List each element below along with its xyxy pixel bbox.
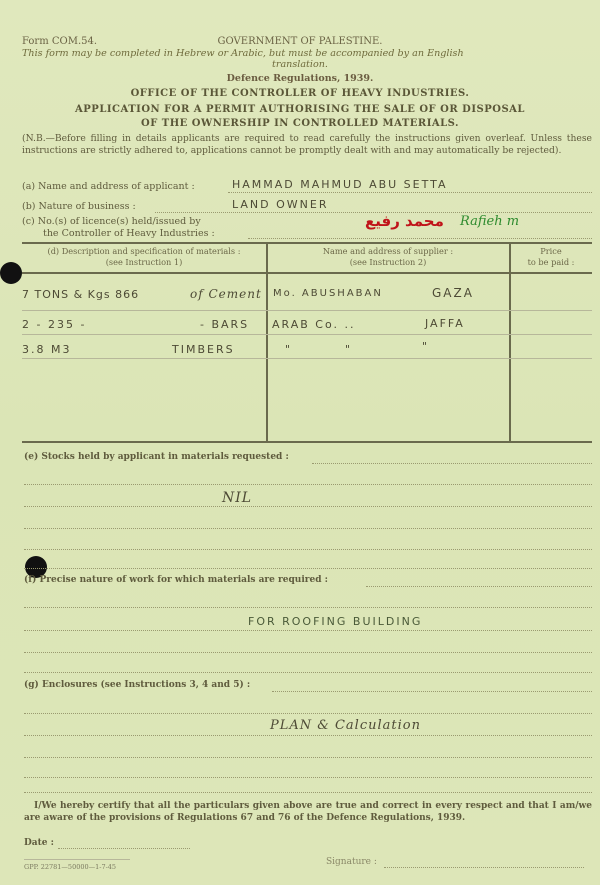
header-price-line2: to be paid :: [510, 257, 592, 268]
enclosures-line: [24, 757, 592, 758]
watermark-latin: Rafieh m: [460, 214, 519, 229]
watermark-arabic: محمد رفيع: [365, 212, 444, 230]
header-price: Price to be paid :: [510, 246, 592, 268]
header-description: (d) Description and specification of mat…: [22, 246, 266, 268]
work-line: [24, 672, 592, 673]
enclosures-line: [272, 691, 592, 692]
nature-of-work-value[interactable]: FOR ROOFING BUILDING: [248, 615, 422, 628]
header-price-line1: Price: [510, 246, 592, 257]
row1-supplier-city[interactable]: GAZA: [432, 286, 474, 300]
work-line: [24, 630, 592, 631]
row3-supplier-ditto-3[interactable]: ": [422, 340, 429, 353]
table-header-rule: [22, 272, 592, 274]
stocks-line: [24, 568, 592, 569]
language-note-line2: translation.: [0, 59, 600, 70]
row1-description-item[interactable]: of Cement: [190, 287, 262, 301]
row3-supplier-ditto-2[interactable]: ": [345, 343, 352, 356]
stocks-line: [24, 528, 592, 529]
row2-supplier-name[interactable]: ARAB Co. ..: [272, 318, 356, 331]
stocks-line: [24, 549, 592, 550]
licence-label-line2: the Controller of Heavy Industries :: [43, 228, 215, 239]
regulations-heading: Defence Regulations, 1939.: [0, 73, 600, 84]
header-description-line2: (see Instruction 1): [22, 257, 266, 268]
signature-label: Signature :: [326, 857, 377, 867]
row2-description-qty[interactable]: 2 - 235 -: [22, 318, 86, 331]
date-field[interactable]: [58, 848, 190, 849]
table-top-rule: [22, 242, 592, 244]
signature-field[interactable]: [384, 867, 584, 868]
row3-description-qty[interactable]: 3.8 M3: [22, 343, 71, 356]
header-supplier: Name and address of supplier : (see Inst…: [267, 246, 509, 268]
row2-supplier-city[interactable]: JAFFA: [425, 317, 465, 330]
stocks-line: [312, 463, 592, 464]
table-ruled-line: [22, 310, 592, 311]
enclosures-line: [24, 735, 592, 736]
row3-description-item[interactable]: TIMBERS: [172, 343, 235, 356]
printer-rule: [24, 859, 130, 860]
enclosures-value[interactable]: PLAN & Calculation: [270, 718, 421, 733]
work-line: [366, 586, 592, 587]
work-line: [24, 652, 592, 653]
table-divider-1: [266, 242, 268, 442]
stocks-line: [24, 506, 592, 507]
form-page: Form COM.54. GOVERNMENT OF PALESTINE. Th…: [0, 0, 600, 885]
stocks-held-label: (e) Stocks held by applicant in material…: [24, 452, 289, 462]
enclosures-label: (g) Enclosures (see Instructions 3, 4 an…: [24, 680, 250, 690]
punch-hole: [0, 262, 22, 284]
table-divider-2: [509, 242, 511, 442]
government-heading: GOVERNMENT OF PALESTINE.: [0, 36, 600, 47]
header-supplier-line1: Name and address of supplier :: [267, 246, 509, 257]
table-ruled-line: [22, 334, 592, 335]
table-bottom-rule: [22, 441, 592, 443]
applicant-name-label: (a) Name and address of applicant :: [22, 181, 195, 192]
table-ruled-line: [22, 358, 592, 359]
certification-text: I/We hereby certify that all the particu…: [24, 800, 592, 824]
row1-supplier-name[interactable]: Mo. ABUSHABAN: [273, 288, 383, 299]
header-description-line1: (d) Description and specification of mat…: [22, 246, 266, 257]
stocks-held-value[interactable]: NIL: [222, 490, 252, 506]
licence-label-line1: (c) No.(s) of licence(s) held/issued by: [22, 216, 201, 227]
row2-description-item[interactable]: - BARS: [200, 318, 249, 331]
work-line: [24, 607, 592, 608]
printer-code: GPP. 22781—50000—1-7-45: [24, 863, 116, 871]
language-note-line1: This form may be completed in Hebrew or …: [22, 48, 592, 59]
office-heading: OFFICE OF THE CONTROLLER OF HEAVY INDUST…: [0, 88, 600, 99]
enclosures-line: [24, 713, 592, 714]
licence-line[interactable]: [248, 238, 592, 239]
applicant-name-line: [228, 192, 592, 193]
form-title-line2: OF THE OWNERSHIP IN CONTROLLED MATERIALS…: [0, 118, 600, 129]
header-supplier-line2: (see Instruction 2): [267, 257, 509, 268]
instructions-note: (N.B.—Before filling in details applican…: [22, 133, 592, 157]
nature-of-business-label: (b) Nature of business :: [22, 201, 136, 212]
enclosures-line: [24, 777, 592, 778]
nature-of-business-value[interactable]: LAND OWNER: [232, 198, 328, 211]
applicant-name-value[interactable]: HAMMAD MAHMUD ABU SETTA: [232, 178, 448, 191]
row1-description-qty[interactable]: 7 TONS & Kgs 866: [22, 288, 139, 301]
row3-supplier-ditto-1[interactable]: ": [285, 343, 292, 356]
stocks-line: [24, 484, 592, 485]
date-label: Date :: [24, 838, 54, 848]
form-title-line1: APPLICATION FOR A PERMIT AUTHORISING THE…: [0, 104, 600, 115]
nature-of-work-label: (f) Precise nature of work for which mat…: [24, 575, 328, 585]
enclosures-line: [24, 792, 592, 793]
